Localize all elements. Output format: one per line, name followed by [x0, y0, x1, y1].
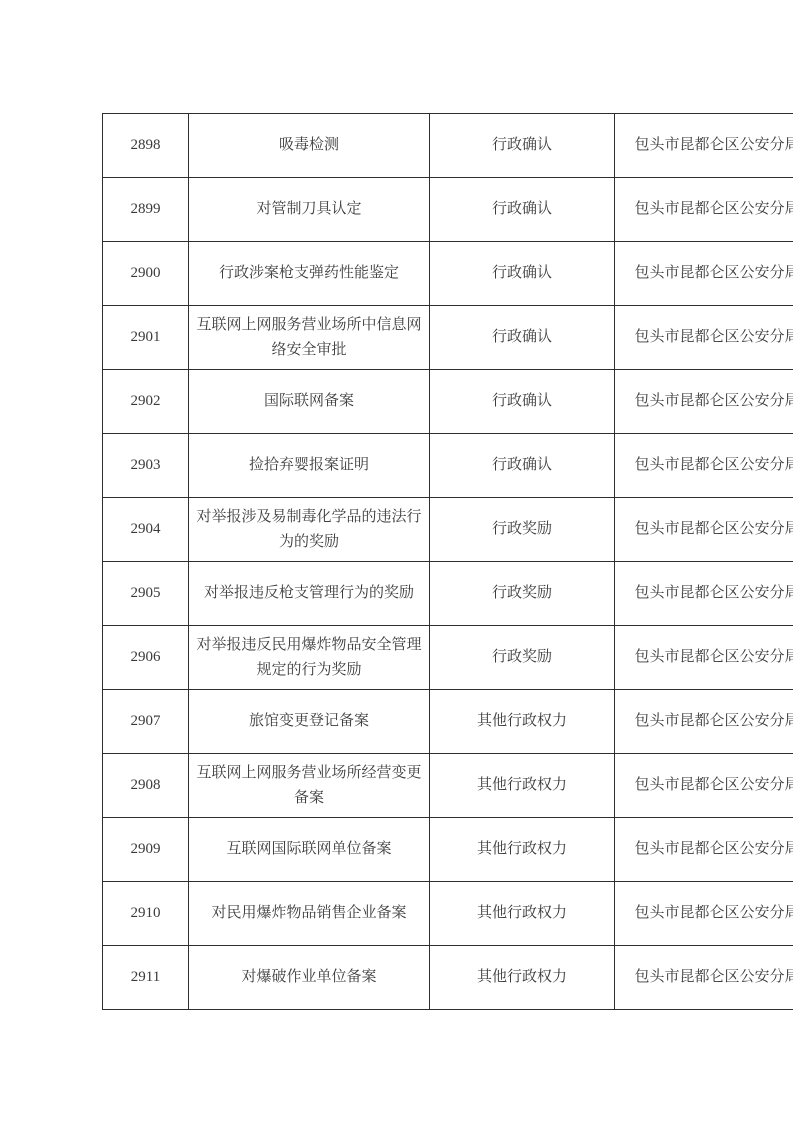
table-row: 2900行政涉案枪支弹药性能鉴定行政确认包头市昆都仑区公安分局	[103, 242, 793, 306]
agency-cell: 包头市昆都仑区公安分局	[615, 498, 793, 562]
table-row: 2905对举报违反枪支管理行为的奖励行政奖励包头市昆都仑区公安分局	[103, 562, 793, 626]
table-row: 2907旅馆变更登记备案其他行政权力包头市昆都仑区公安分局	[103, 690, 793, 754]
item-name-cell: 互联网国际联网单位备案	[189, 818, 430, 882]
item-name-cell: 互联网上网服务营业场所经营变更备案	[189, 754, 430, 818]
item-type-cell: 其他行政权力	[430, 946, 615, 1010]
item-name-cell: 对举报违反民用爆炸物品安全管理规定的行为奖励	[189, 626, 430, 690]
row-id-cell: 2899	[103, 178, 189, 242]
agency-cell: 包头市昆都仑区公安分局	[615, 818, 793, 882]
agency-cell: 包头市昆都仑区公安分局	[615, 562, 793, 626]
row-id-cell: 2910	[103, 882, 189, 946]
item-name-cell: 对举报违反枪支管理行为的奖励	[189, 562, 430, 626]
agency-cell: 包头市昆都仑区公安分局	[615, 754, 793, 818]
item-type-cell: 行政奖励	[430, 562, 615, 626]
item-name-cell: 对爆破作业单位备案	[189, 946, 430, 1010]
row-id-cell: 2903	[103, 434, 189, 498]
row-id-cell: 2904	[103, 498, 189, 562]
item-type-cell: 行政确认	[430, 178, 615, 242]
row-id-cell: 2900	[103, 242, 189, 306]
table-row: 2909互联网国际联网单位备案其他行政权力包头市昆都仑区公安分局	[103, 818, 793, 882]
table-row: 2903捡拾弃婴报案证明行政确认包头市昆都仑区公安分局	[103, 434, 793, 498]
item-type-cell: 行政确认	[430, 434, 615, 498]
item-type-cell: 行政确认	[430, 306, 615, 370]
agency-cell: 包头市昆都仑区公安分局	[615, 370, 793, 434]
agency-cell: 包头市昆都仑区公安分局	[615, 882, 793, 946]
row-id-cell: 2907	[103, 690, 189, 754]
row-id-cell: 2911	[103, 946, 189, 1010]
table-row: 2898吸毒检测行政确认包头市昆都仑区公安分局	[103, 114, 793, 178]
table-row: 2899对管制刀具认定行政确认包头市昆都仑区公安分局	[103, 178, 793, 242]
table-row: 2908互联网上网服务营业场所经营变更备案其他行政权力包头市昆都仑区公安分局	[103, 754, 793, 818]
item-type-cell: 行政奖励	[430, 626, 615, 690]
agency-cell: 包头市昆都仑区公安分局	[615, 306, 793, 370]
agency-cell: 包头市昆都仑区公安分局	[615, 690, 793, 754]
document-page: 2898吸毒检测行政确认包头市昆都仑区公安分局2899对管制刀具认定行政确认包头…	[0, 0, 793, 1122]
item-type-cell: 其他行政权力	[430, 818, 615, 882]
item-type-cell: 其他行政权力	[430, 754, 615, 818]
table-row: 2910对民用爆炸物品销售企业备案其他行政权力包头市昆都仑区公安分局	[103, 882, 793, 946]
agency-cell: 包头市昆都仑区公安分局	[615, 434, 793, 498]
table-row: 2901互联网上网服务营业场所中信息网络安全审批行政确认包头市昆都仑区公安分局	[103, 306, 793, 370]
row-id-cell: 2906	[103, 626, 189, 690]
agency-cell: 包头市昆都仑区公安分局	[615, 178, 793, 242]
row-id-cell: 2905	[103, 562, 189, 626]
agency-cell: 包头市昆都仑区公安分局	[615, 946, 793, 1010]
item-name-cell: 对民用爆炸物品销售企业备案	[189, 882, 430, 946]
item-type-cell: 其他行政权力	[430, 690, 615, 754]
table-row: 2906对举报违反民用爆炸物品安全管理规定的行为奖励行政奖励包头市昆都仑区公安分…	[103, 626, 793, 690]
item-name-cell: 行政涉案枪支弹药性能鉴定	[189, 242, 430, 306]
row-id-cell: 2909	[103, 818, 189, 882]
row-id-cell: 2898	[103, 114, 189, 178]
agency-cell: 包头市昆都仑区公安分局	[615, 242, 793, 306]
table-body: 2898吸毒检测行政确认包头市昆都仑区公安分局2899对管制刀具认定行政确认包头…	[103, 114, 793, 1010]
row-id-cell: 2902	[103, 370, 189, 434]
item-name-cell: 捡拾弃婴报案证明	[189, 434, 430, 498]
item-name-cell: 对举报涉及易制毒化学品的违法行为的奖励	[189, 498, 430, 562]
item-type-cell: 行政确认	[430, 370, 615, 434]
item-type-cell: 其他行政权力	[430, 882, 615, 946]
row-id-cell: 2901	[103, 306, 189, 370]
item-type-cell: 行政确认	[430, 242, 615, 306]
table-row: 2904对举报涉及易制毒化学品的违法行为的奖励行政奖励包头市昆都仑区公安分局	[103, 498, 793, 562]
table-row: 2902国际联网备案行政确认包头市昆都仑区公安分局	[103, 370, 793, 434]
row-id-cell: 2908	[103, 754, 189, 818]
agency-cell: 包头市昆都仑区公安分局	[615, 114, 793, 178]
item-name-cell: 吸毒检测	[189, 114, 430, 178]
item-type-cell: 行政确认	[430, 114, 615, 178]
item-type-cell: 行政奖励	[430, 498, 615, 562]
item-name-cell: 对管制刀具认定	[189, 178, 430, 242]
item-name-cell: 互联网上网服务营业场所中信息网络安全审批	[189, 306, 430, 370]
table-row: 2911对爆破作业单位备案其他行政权力包头市昆都仑区公安分局	[103, 946, 793, 1010]
government-power-list-table: 2898吸毒检测行政确认包头市昆都仑区公安分局2899对管制刀具认定行政确认包头…	[102, 113, 793, 1010]
agency-cell: 包头市昆都仑区公安分局	[615, 626, 793, 690]
item-name-cell: 国际联网备案	[189, 370, 430, 434]
item-name-cell: 旅馆变更登记备案	[189, 690, 430, 754]
